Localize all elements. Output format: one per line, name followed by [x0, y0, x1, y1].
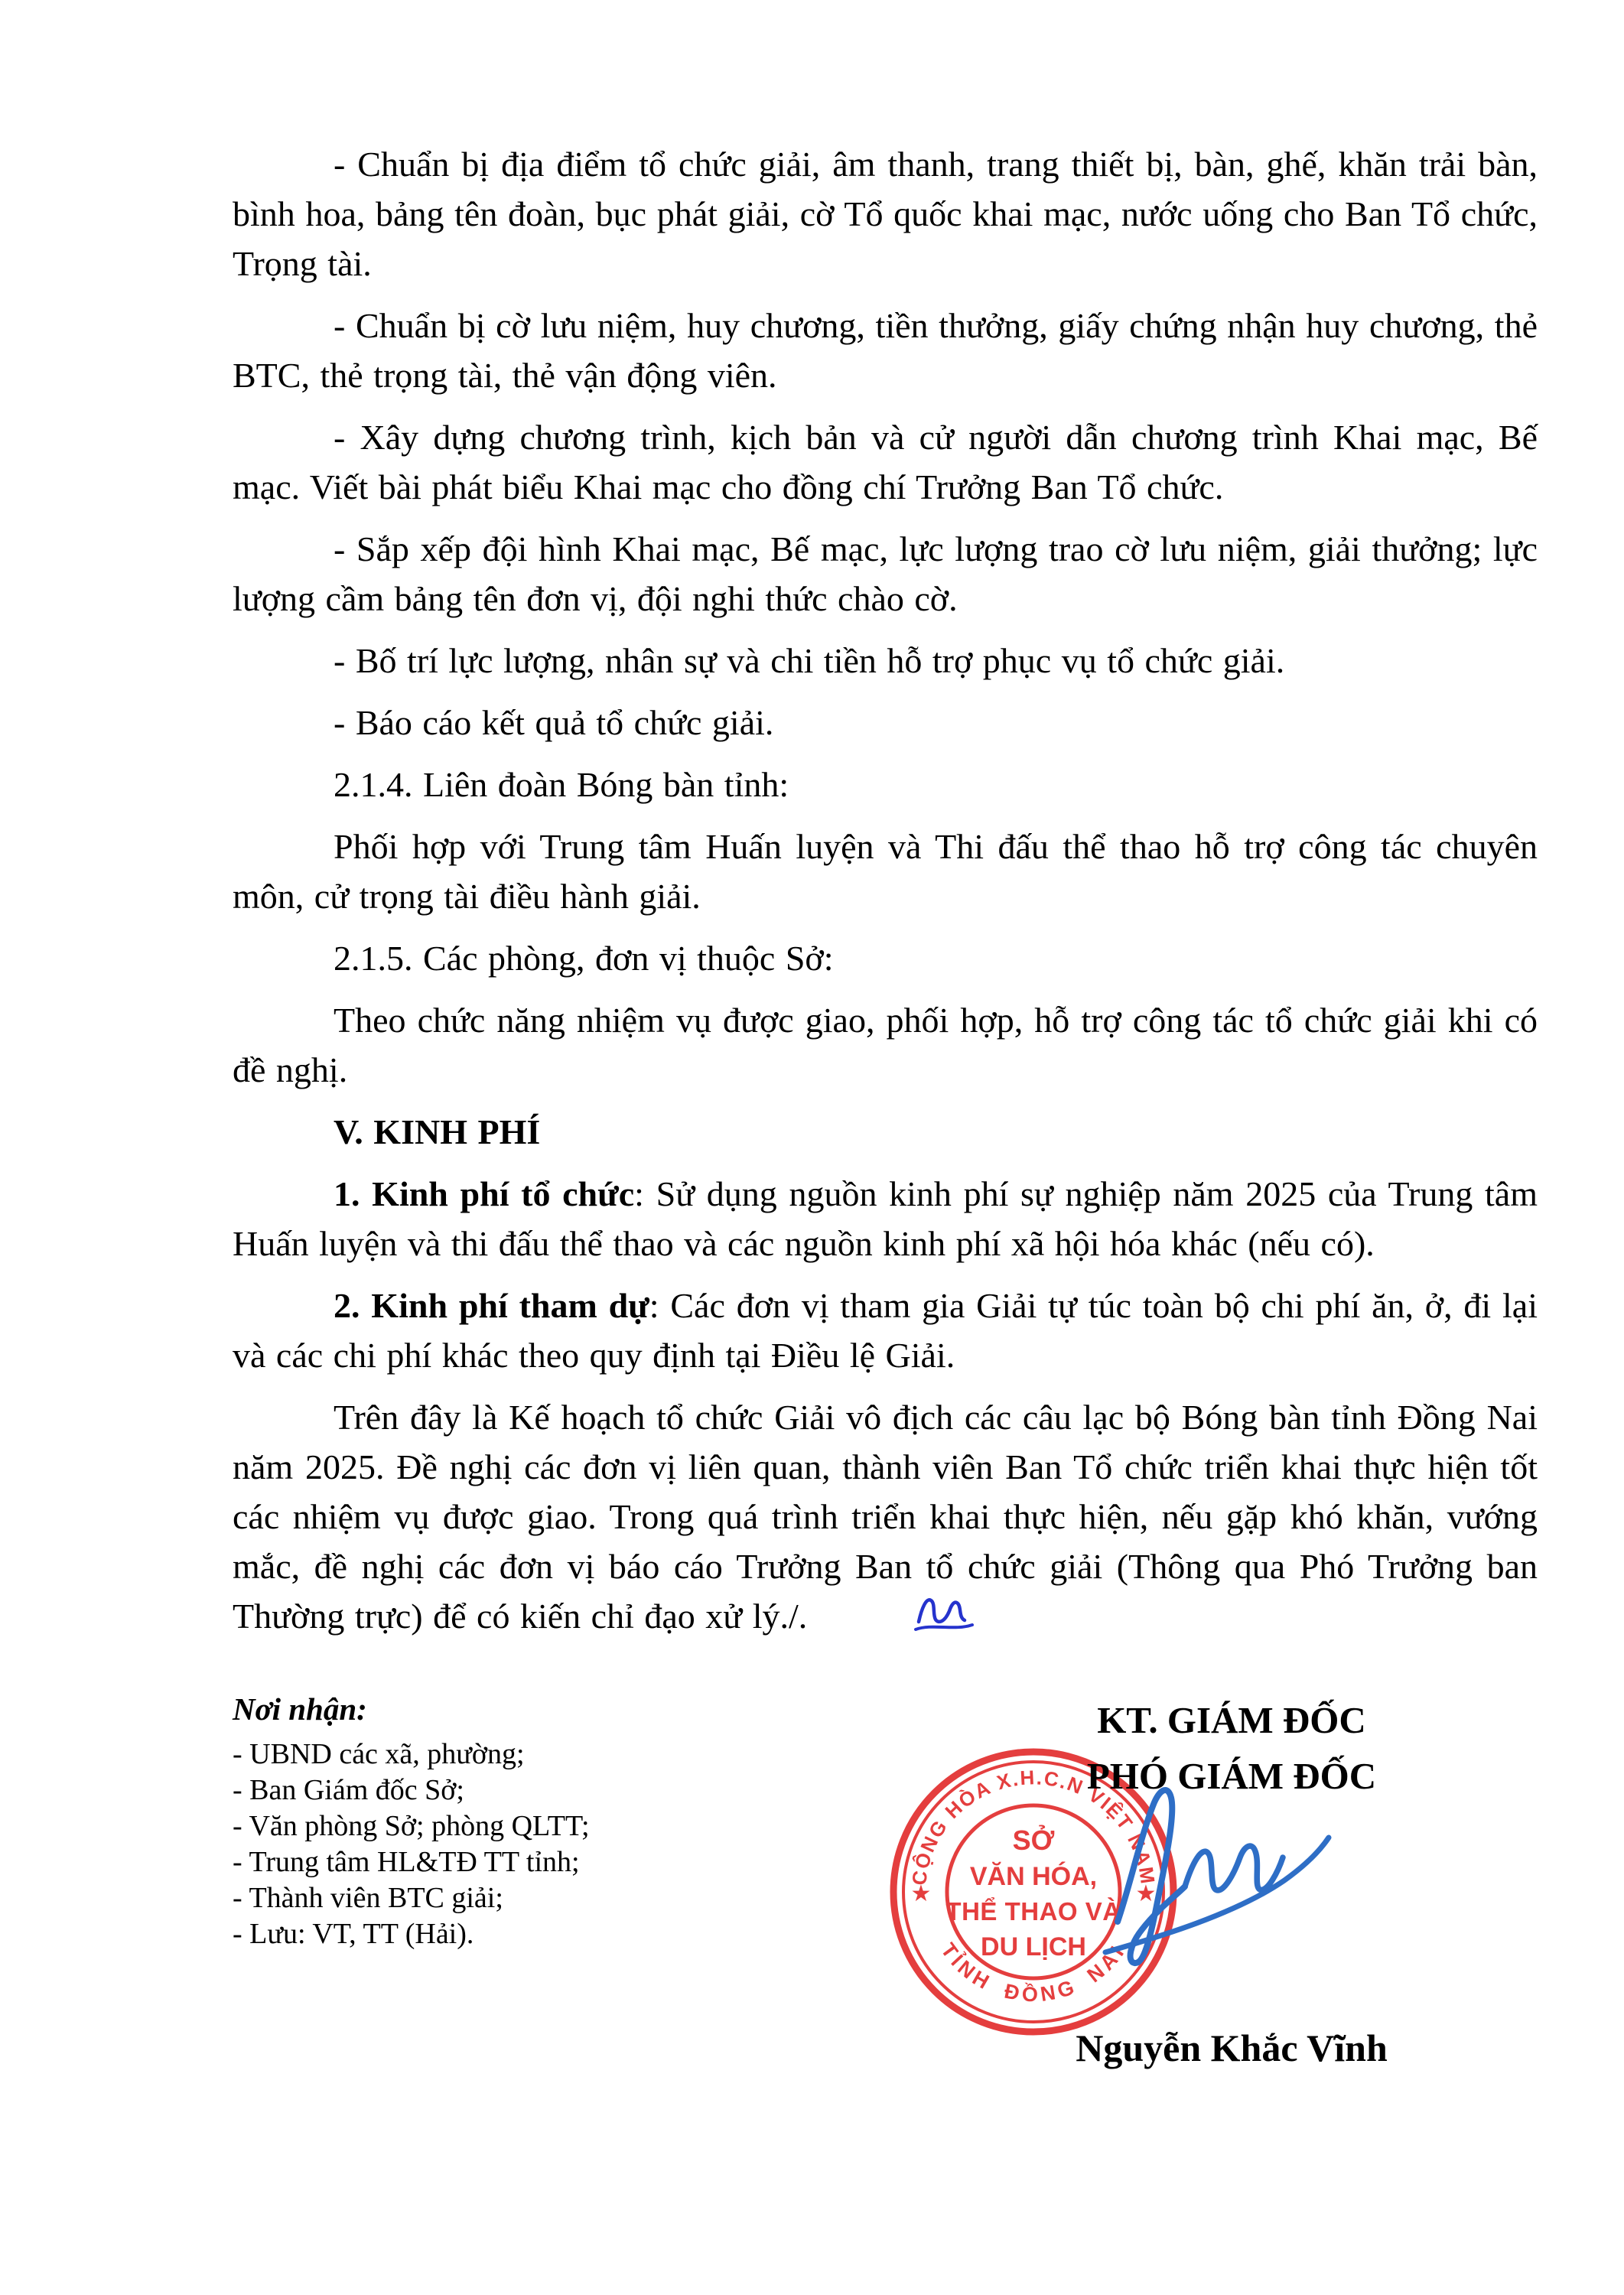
closing-paragraph: Trên đây là Kế hoạch tổ chức Giải vô địc… — [233, 1392, 1538, 1641]
paragraph-report-results: - Báo cáo kết quả tổ chức giải. — [233, 698, 1538, 747]
paraph-stroke — [919, 1600, 965, 1622]
closing-text: Trên đây là Kế hoạch tổ chức Giải vô địc… — [233, 1398, 1538, 1636]
paragraph-program-script: - Xây dựng chương trình, kịch bản và cử … — [233, 412, 1538, 512]
signer-name: Nguyễn Khắc Vĩnh — [964, 2026, 1499, 2070]
recipient-item: - UBND các xã, phường; — [233, 1737, 814, 1773]
stamp-center-line1: SỞ — [1013, 1824, 1055, 1856]
paragraph-funding-organization: 1. Kinh phí tổ chức: Sử dụng nguồn kinh … — [233, 1169, 1538, 1268]
paragraph-prepare-awards: - Chuẩn bị cờ lưu niệm, huy chương, tiền… — [233, 301, 1538, 400]
recipient-item: - Trung tâm HL&TĐ TT tỉnh; — [233, 1844, 814, 1880]
recipient-item: - Lưu: VT, TT (Hải). — [233, 1916, 814, 1952]
funding-participation-lead: 2. Kinh phí tham dự — [334, 1286, 649, 1325]
paragraph-departments-support: Theo chức năng nhiệm vụ được giao, phối … — [233, 995, 1538, 1095]
recipients-heading: Nơi nhận: — [233, 1691, 814, 1727]
paragraph-prepare-venue: - Chuẩn bị địa điểm tổ chức giải, âm tha… — [233, 139, 1538, 288]
recipients-block: Nơi nhận: - UBND các xã, phường; - Ban G… — [233, 1691, 814, 1952]
heading-2-1-4: 2.1.4. Liên đoàn Bóng bàn tỉnh: — [233, 760, 1538, 809]
paragraph-ceremony-lineup: - Sắp xếp đội hình Khai mạc, Bế mạc, lực… — [233, 524, 1538, 623]
paragraph-staffing: - Bố trí lực lượng, nhân sự và chi tiền … — [233, 636, 1538, 685]
stamp-star-left-icon: ★ — [911, 1881, 932, 1906]
signer-title-line1: KT. GIÁM ĐỐC — [964, 1692, 1499, 1748]
recipient-item: - Ban Giám đốc Sở; — [233, 1773, 814, 1808]
paragraph-funding-participation: 2. Kinh phí tham dự: Các đơn vị tham gia… — [233, 1281, 1538, 1380]
document-page: - Chuẩn bị địa điểm tổ chức giải, âm tha… — [0, 0, 1624, 2295]
funding-organization-lead: 1. Kinh phí tổ chức — [334, 1174, 634, 1213]
stamp-center-line4: DU LỊCH — [981, 1932, 1086, 1961]
heading-2-1-5: 2.1.5. Các phòng, đơn vị thuộc Sở: — [233, 933, 1538, 983]
paraph-underline — [916, 1625, 972, 1629]
handwritten-signature — [1090, 1772, 1342, 1978]
recipient-item: - Thành viên BTC giải; — [233, 1880, 814, 1916]
paragraph-federation-support: Phối hợp với Trung tâm Huấn luyện và Thi… — [233, 822, 1538, 921]
document-body: - Chuẩn bị địa điểm tổ chức giải, âm tha… — [233, 139, 1538, 1653]
recipient-item: - Văn phòng Sở; phòng QLTT; — [233, 1808, 814, 1844]
handwritten-paraph — [810, 1591, 874, 1636]
section-v-heading: V. KINH PHÍ — [233, 1107, 1538, 1157]
signature-stroke-humps — [1185, 1846, 1283, 1890]
stamp-center-line2: VĂN HÓA, — [970, 1862, 1097, 1891]
